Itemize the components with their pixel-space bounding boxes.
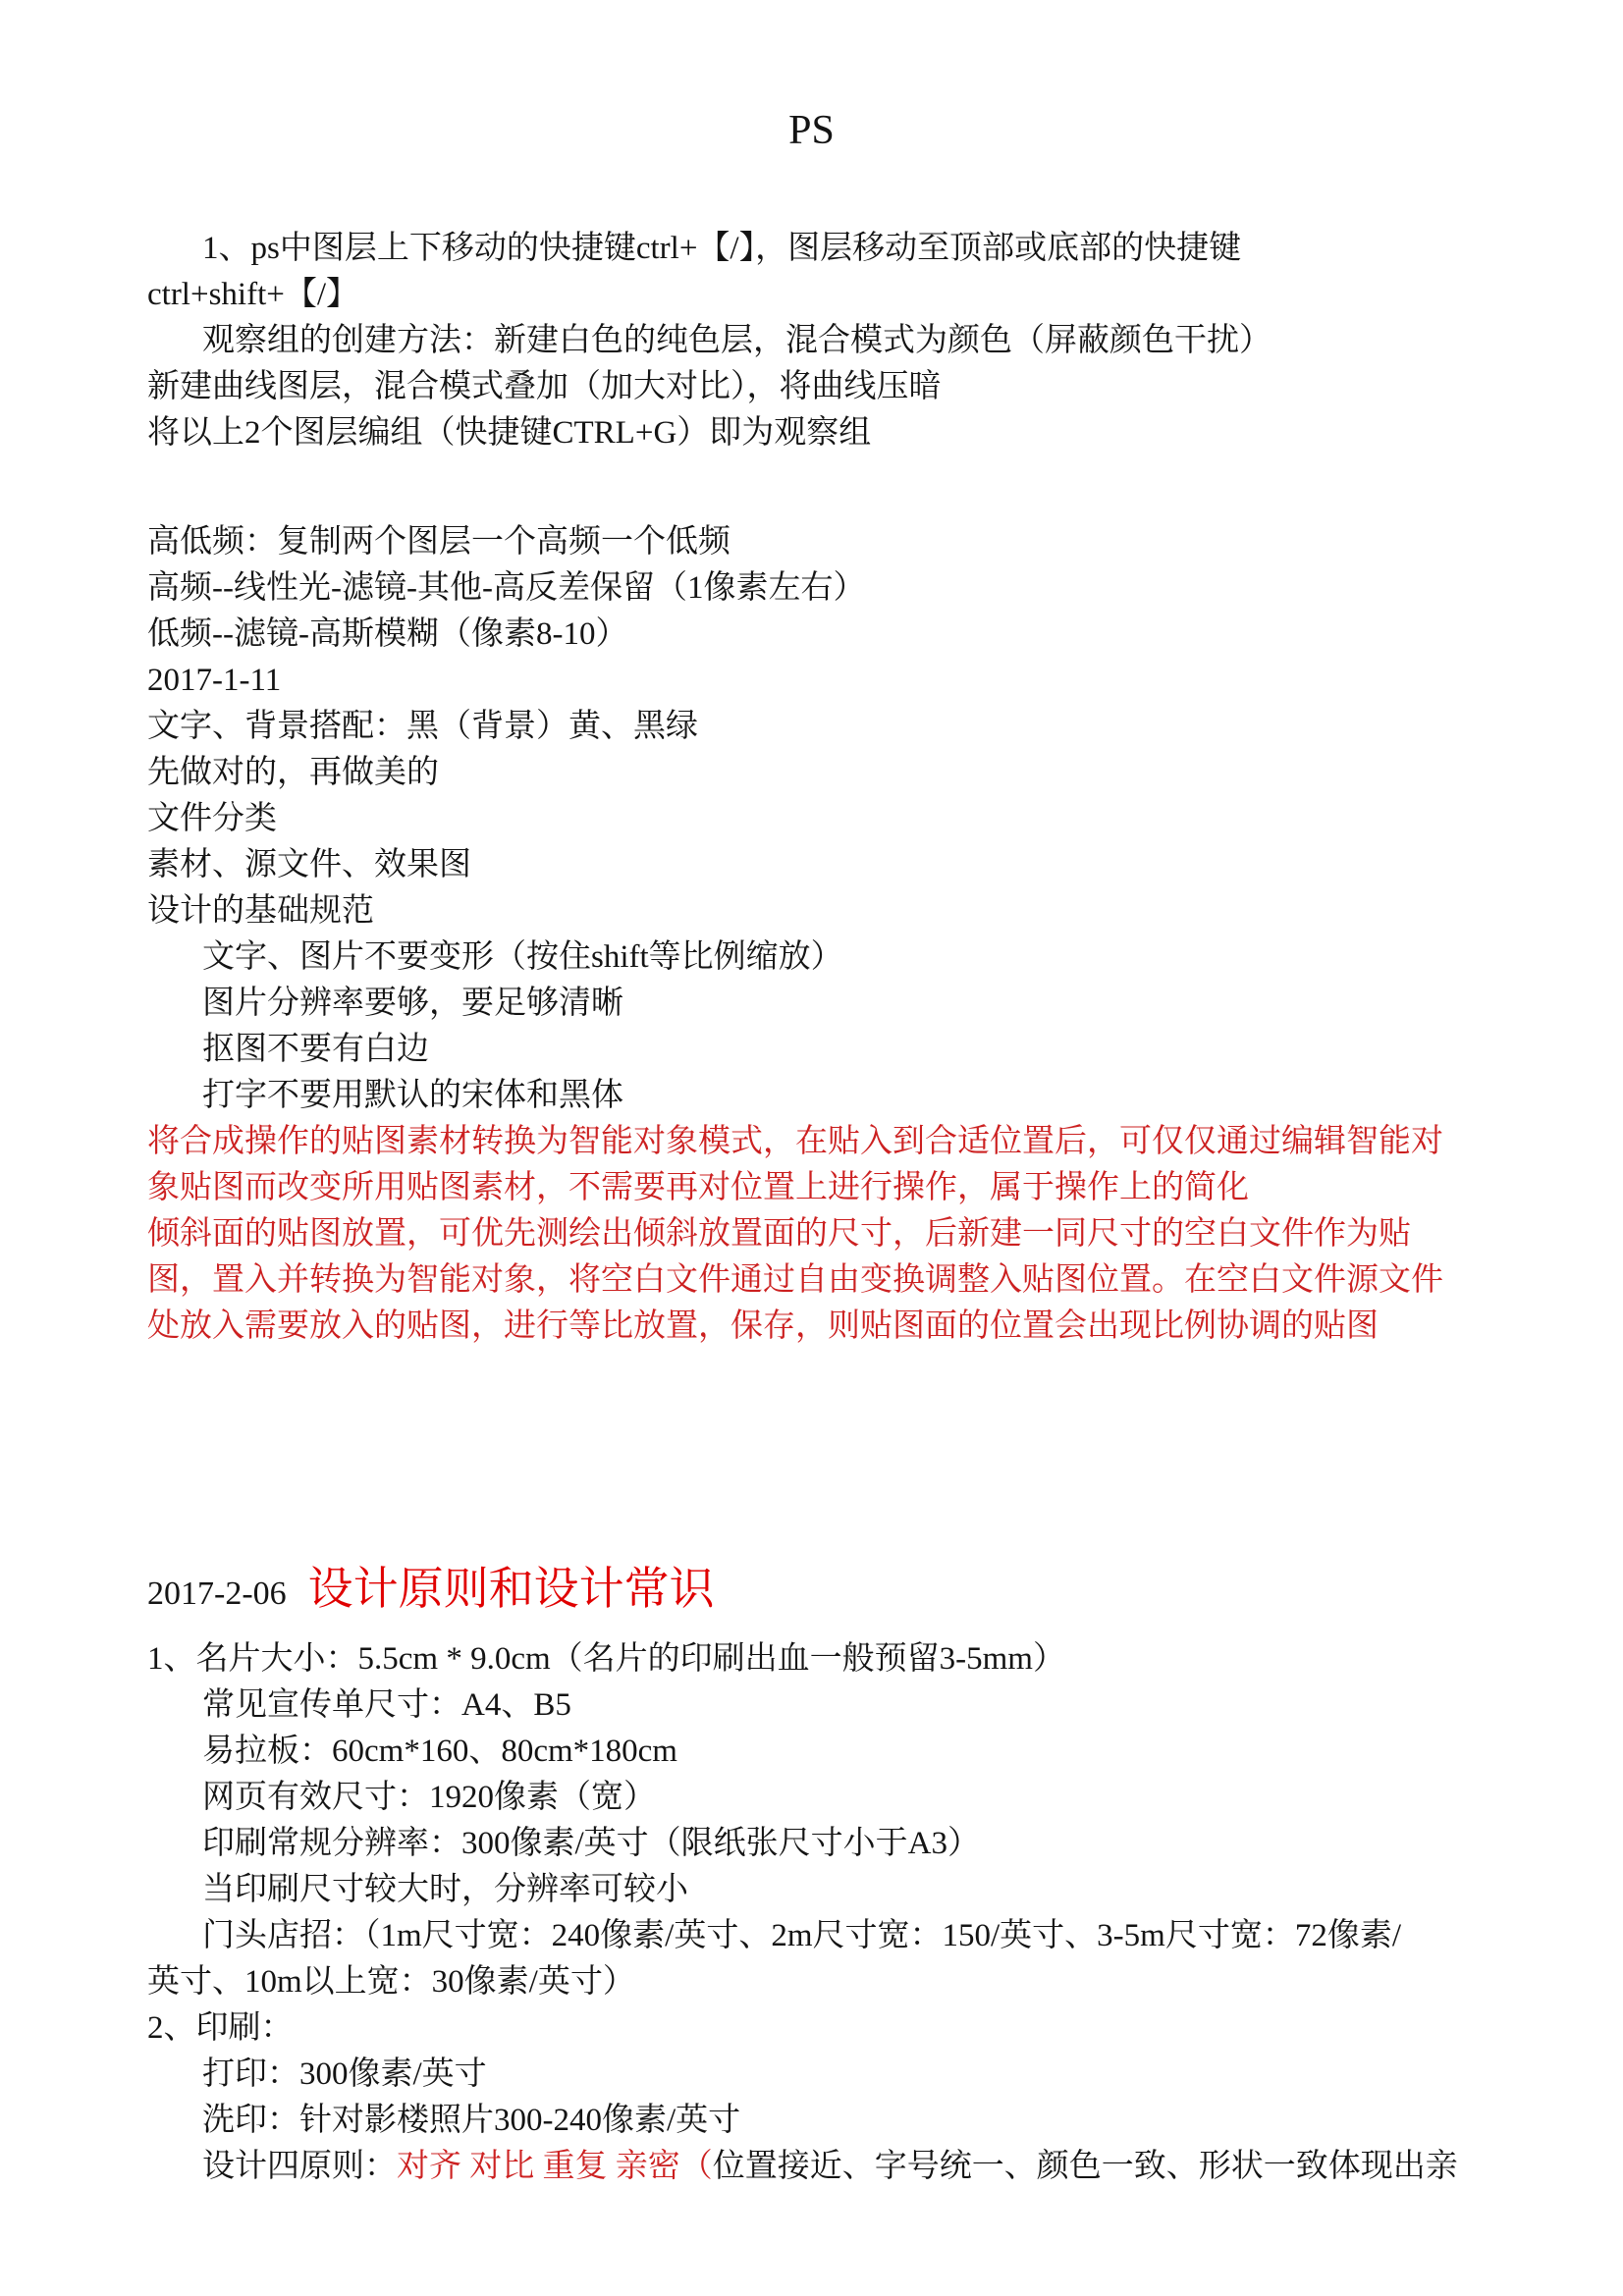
shortcut-line-2: ctrl+shift+【/】	[147, 272, 1623, 318]
size-spec-line: 网页有效尺寸：1920像素（宽）	[147, 1775, 1623, 1821]
basic-rule-line: 图片分辨率要够，要足够清晰	[147, 981, 1623, 1027]
observe-group-line-3: 将以上2个图层编组（快捷键CTRL+G）即为观察组	[147, 410, 1623, 456]
observe-group-line-2: 新建曲线图层，混合模式叠加（加大对比），将曲线压暗	[147, 364, 1623, 410]
basic-rule-line: 抠图不要有白边	[147, 1027, 1623, 1073]
note-line: 设计的基础规范	[147, 888, 1623, 934]
four-principles-prefix: 设计四原则：	[202, 2149, 397, 2184]
basic-rule-line: 文字、图片不要变形（按住shift等比例缩放）	[147, 934, 1623, 981]
print-spec-line: 打印：300像素/英寸	[147, 2052, 1623, 2098]
section-heading: 2017-2-06 设计原则和设计常识	[147, 1552, 1623, 1636]
size-spec-line: 常见宣传单尺寸：A4、B5	[147, 1682, 1623, 1729]
note-line: 文字、背景搭配：黑（背景）黄、黑绿	[147, 704, 1623, 750]
note-line: 先做对的，再做美的	[147, 750, 1623, 796]
print-spec-line: 洗印：针对影楼照片300-240像素/英寸	[147, 2098, 1623, 2144]
smart-object-tip-line: 将合成操作的贴图素材转换为智能对象模式，在贴入到合适位置后，可仅仅通过编辑智能对	[147, 1119, 1623, 1165]
freq-line: 高频--线性光-滤镜-其他-高反差保留（1像素左右）	[147, 565, 1623, 612]
size-spec-line: 门头店招：（1m尺寸宽：240像素/英寸、2m尺寸宽：150/英寸、3-5m尺寸…	[147, 1913, 1623, 1959]
smart-object-tip-line: 象贴图而改变所用贴图素材，不需要再对位置上进行操作，属于操作上的简化	[147, 1165, 1623, 1211]
note-line: 素材、源文件、效果图	[147, 842, 1623, 888]
section-heading-date: 2017-2-06	[147, 1575, 287, 1612]
four-principles-suffix: 位置接近、字号统一、颜色一致、形状一致体现出亲	[713, 2149, 1458, 2184]
freq-line: 高低频：复制两个图层一个高频一个低频	[147, 519, 1623, 565]
signboard-wrap-line: 英寸、10m以上宽：30像素/英寸）	[147, 1959, 1623, 2005]
print-section-line: 2、印刷：	[147, 2005, 1623, 2052]
smart-object-tip-line: 倾斜面的贴图放置，可优先测绘出倾斜放置面的尺寸，后新建一同尺寸的空白文件作为贴	[147, 1211, 1623, 1257]
basic-rule-line: 打字不要用默认的宋体和黑体	[147, 1073, 1623, 1119]
four-principles-line: 设计四原则：对齐 对比 重复 亲密（位置接近、字号统一、颜色一致、形状一致体现出…	[147, 2144, 1623, 2190]
document-title: PS	[147, 98, 1476, 163]
freq-line: 低频--滤镜-高斯模糊（像素8-10）	[147, 612, 1623, 658]
note-line: 文件分类	[147, 796, 1623, 842]
section-heading-title: 设计原则和设计常识	[308, 1564, 715, 1614]
smart-object-tip-line: 图，置入并转换为智能对象，将空白文件通过自由变换调整入贴图位置。在空白文件源文件	[147, 1257, 1623, 1304]
size-spec-line: 当印刷尺寸较大时，分辨率可较小	[147, 1867, 1623, 1913]
smart-object-tip-line: 处放入需要放入的贴图，进行等比放置，保存，则贴图面的位置会出现比例协调的贴图	[147, 1304, 1623, 1350]
spacer	[147, 1350, 1623, 1552]
date-note: 2017-1-11	[147, 658, 1623, 704]
document-page: PS 1、ps中图层上下移动的快捷键ctrl+【/】，图层移动至顶部或底部的快捷…	[0, 0, 1623, 2296]
card-size-line: 1、名片大小：5.5cm * 9.0cm（名片的印刷出血一般预留3-5mm）	[147, 1636, 1623, 1682]
size-spec-line: 印刷常规分辨率：300像素/英寸（限纸张尺寸小于A3）	[147, 1821, 1623, 1867]
spacer	[147, 163, 1623, 226]
size-spec-line: 易拉板：60cm*160、80cm*180cm	[147, 1729, 1623, 1775]
observe-group-line-1: 观察组的创建方法：新建白色的纯色层，混合模式为颜色（屏蔽颜色干扰）	[147, 318, 1623, 364]
shortcut-line-1: 1、ps中图层上下移动的快捷键ctrl+【/】，图层移动至顶部或底部的快捷键	[147, 226, 1623, 272]
four-principles-red: 对齐 对比 重复 亲密（	[397, 2149, 713, 2184]
spacer	[147, 456, 1623, 519]
